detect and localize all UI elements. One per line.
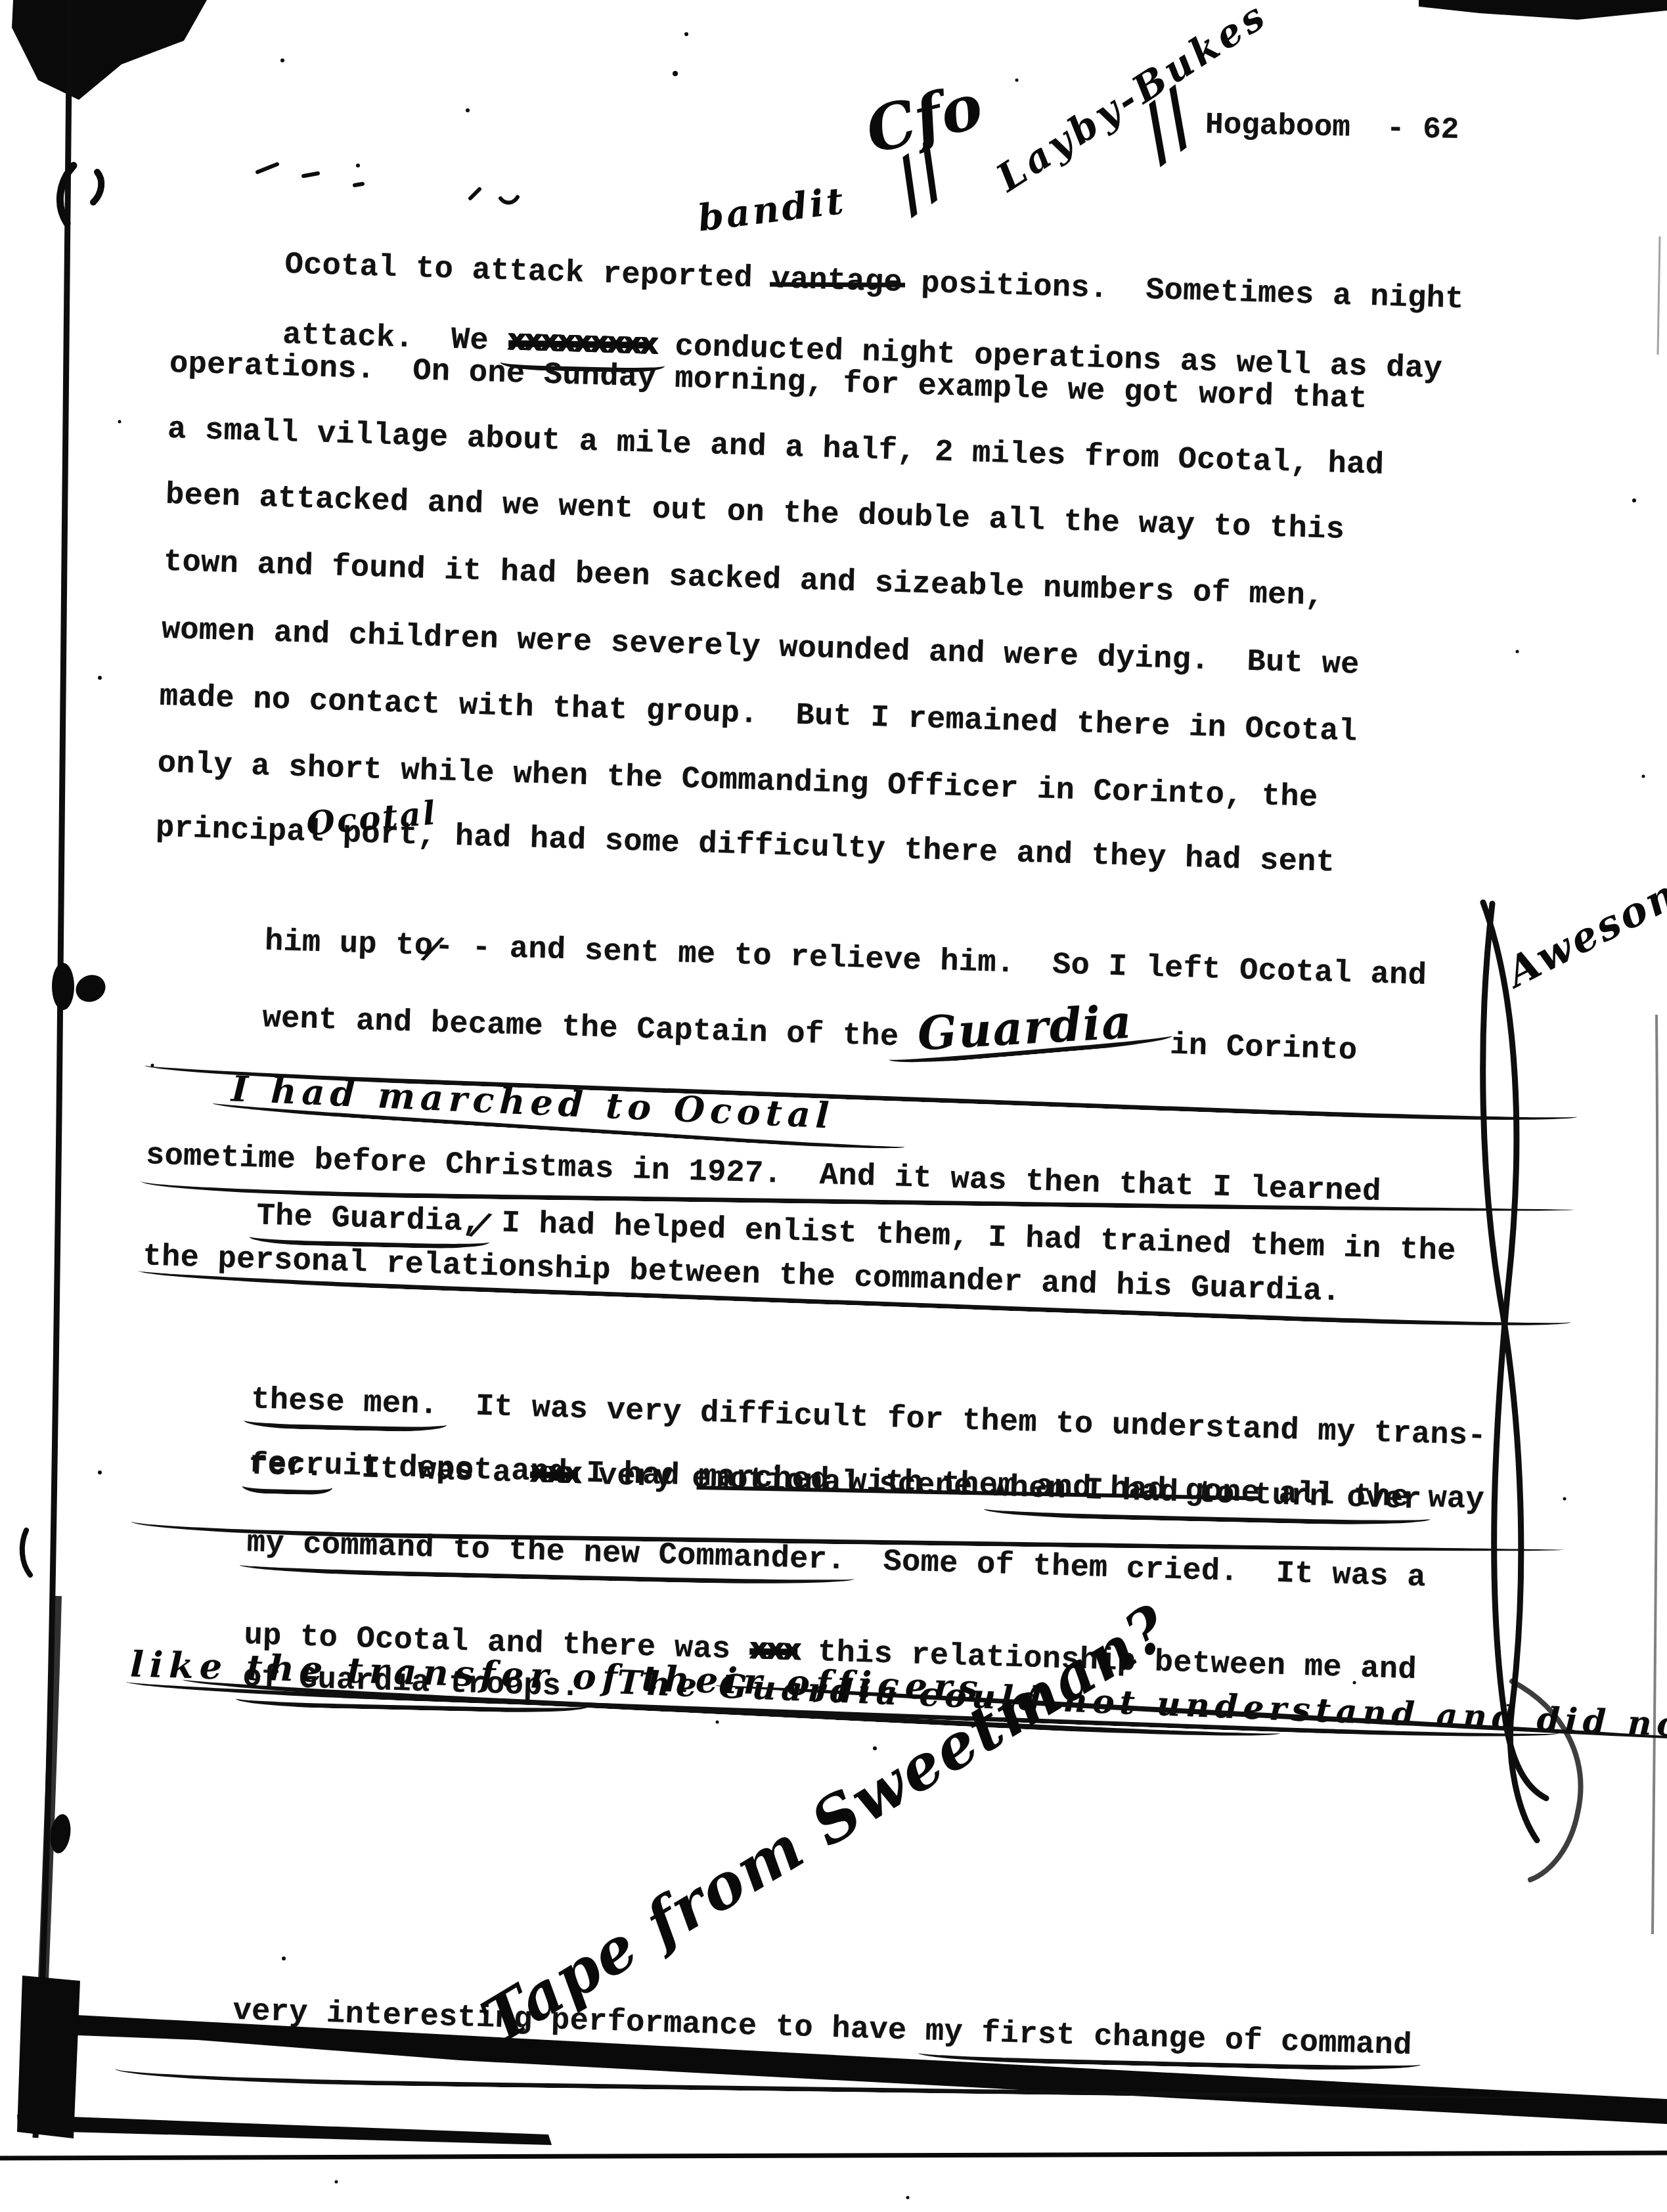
typed-line: made no contact with that group. But I r…	[159, 680, 1358, 751]
typed-line: a small village about a mile and a half,…	[167, 412, 1385, 484]
typed-text: women and children were severely wounded…	[161, 613, 1360, 683]
bottom-streak	[17, 2115, 552, 2145]
underlined-text: when I had to turn over	[990, 1471, 1422, 1518]
typed-text-block: Ocotal to attack reported vantage positi…	[165, 0, 1591, 556]
typed-text: town and found it had been sacked and si…	[163, 545, 1324, 614]
typed-text: very emotional scene	[579, 1458, 992, 1505]
left-page-edge-line	[35, 0, 70, 2138]
margin-comma-mark	[93, 172, 101, 202]
typed-text: It was a	[324, 1451, 531, 1492]
top-edge-bar	[1419, 0, 1667, 20]
handwritten-margin-note-awesome: Awesome	[1499, 850, 1667, 996]
typed-text: I had helped enlist them, I had trained …	[482, 1206, 1456, 1270]
typed-line: town and found it had been sacked and si…	[163, 545, 1324, 615]
typed-text: a small village about a mile and a half,…	[167, 412, 1385, 483]
typed-line: women and children were severely wounded…	[161, 613, 1360, 684]
scanned-document-page: Hogaboom - 62 Ocotal to attack reported …	[0, 0, 1667, 2212]
handwritten-word-guardia: Guardia	[916, 996, 1134, 1061]
overtyped-word: xxx	[529, 1457, 580, 1493]
typed-line: very interesting performance to have my …	[119, 1955, 1534, 2104]
typed-text: been attacked and we went out on the dou…	[165, 478, 1345, 548]
punch-hole-mark	[72, 970, 110, 1006]
struck-word: vantage	[771, 262, 903, 301]
punch-hole-mark-2	[48, 1813, 73, 1855]
typed-line: been attacked and we went out on the dou…	[165, 478, 1345, 548]
bottom-edge-line	[0, 2153, 1667, 2158]
margin-paren-mark	[60, 166, 74, 223]
right-page-edge-line-2	[1658, 236, 1660, 355]
underlined-text: The Guardia,	[256, 1199, 481, 1240]
underlined-text: my first change of command	[925, 2014, 1412, 2064]
typed-text: made no contact with that group. But I r…	[159, 680, 1358, 750]
typed-text: Some of them cried. It was a	[845, 1543, 1427, 1595]
underlined-text: fer.	[249, 1448, 325, 1485]
right-page-edge-line	[1653, 1015, 1657, 1934]
bottom-left-shadow	[17, 1976, 80, 2138]
typed-text: went and became the Captain of the	[262, 1002, 918, 1056]
left-page-edge-line-thick	[38, 1596, 56, 2112]
margin-paren-mark-2	[22, 1530, 30, 1575]
punch-hole-bulge	[52, 963, 74, 1010]
underlined-text: my command to the new Commander.	[246, 1526, 846, 1578]
